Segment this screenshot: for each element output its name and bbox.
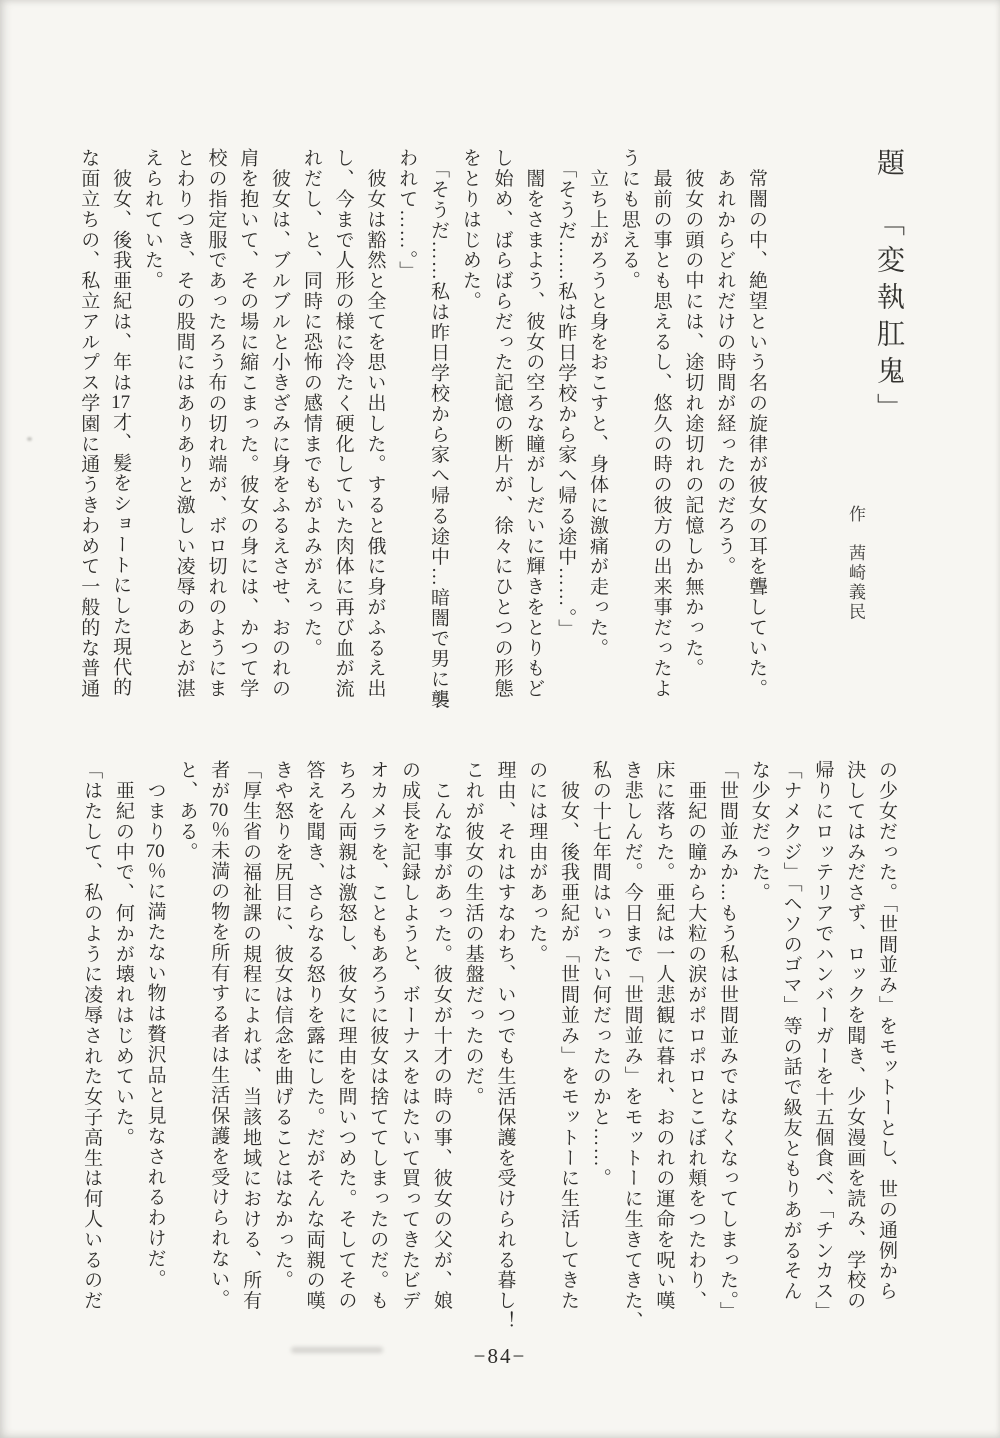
story-top-block: 常闇の中、絶望という名の旋律が彼女の耳を聾していた。 あれからどれだけの時間が経… (72, 148, 772, 726)
text-column: 「厚生省の福祉課の規程によれば、当該地域における、所有 (234, 760, 266, 1338)
text-segment: ％に満たない物は贅沢品と見なされるわけだ。 (145, 861, 166, 1289)
text-column: 最前の事とも思えるし、悠久の時の彼方の出来事だったよ (645, 148, 677, 726)
text-segment: ％未満の物を所有する者は生活保護を受けられない。 (208, 820, 229, 1310)
text-column: つまり70％に満たない物は贅沢品と見なされるわけだ。 (139, 760, 171, 1338)
scan-speck (27, 437, 32, 441)
text-column: これが彼女の生活の基盤だったのだ。 (457, 760, 489, 1338)
text-column: の少女だった。「世間並み」をモットーとし、世の通例から (870, 760, 902, 1338)
text-column: のには理由があった。 (520, 760, 552, 1338)
text-column: 彼女は豁然と全てを思い出した。すると俄に身がふるえ出 (359, 148, 391, 726)
text-column: きや怒りを尻目に、彼女は信念を曲げることはなかった。 (266, 760, 298, 1338)
text-column: われて……。」 (390, 148, 422, 726)
text-column: な面立ちの、私立アルプス学園に通うきわめて一般的な普通 (72, 148, 104, 726)
text-column: 「ナメクジ」「ヘソのゴマ」等の話で級友ともりあがるそん (775, 760, 807, 1338)
text-column: ちろん両親は激怒し、彼女に理由を問いつめた。そしてその (330, 760, 362, 1338)
text-column: 私の十七年間はいったい何だったのかと……。 (584, 760, 616, 1338)
text-column: こんな事があった。彼女が十才の時の事、彼女の父が、娘 (425, 760, 457, 1338)
text-column: 肩を抱いて、その場に縮こまった。彼女の身には、かつて学 (231, 148, 263, 726)
text-segment: 者が (208, 760, 229, 801)
text-segment: つまり (145, 760, 166, 842)
text-column: 「そうだ……私は昨日学校から家へ帰る途中…暗闇で男に襲 (422, 148, 454, 726)
text-column: えられていた。 (136, 148, 168, 726)
text-column: 「はたして、私のように凌辱された女子高生は何人いるのだ (75, 760, 107, 1338)
text-column: 彼女、後我亜紀は、年は17才、髪をショートにした現代的 (104, 148, 136, 726)
text-column: の成長を記録しようと、ボーナスをはたいて買ってきたビデ (393, 760, 425, 1338)
tatechuyoko-number: 70 (145, 842, 166, 861)
text-column: 立ち上がろうと身をおこすと、身体に激痛が走った。 (581, 148, 613, 726)
page-title: 題 「変執肛鬼」 (868, 148, 908, 628)
tatechuyoko-number: 17 (110, 393, 131, 412)
text-column: をとりはじめた。 (454, 148, 486, 726)
text-column: れだし、と、同時に恐怖の感情までもがよみがえった。 (295, 148, 327, 726)
text-column: 「そうだ……私は昨日学校から家へ帰る途中……。」 (549, 148, 581, 726)
text-column: と、ある。 (171, 760, 203, 1338)
text-segment: 才、髪をショートにした現代的 (110, 412, 131, 698)
page-number: −84− (0, 1344, 1000, 1369)
text-column: 帰りにロッテリアでハンバーガーを十五個食べ、「チンカス」 (807, 760, 839, 1338)
text-column: し始め、ばらばらだった記憶の断片が、徐々にひとつの形態 (486, 148, 518, 726)
print-artifact (291, 1347, 383, 1353)
text-column: 理由、それはすなわち、いつでも生活保護を受けられる暮し！ (489, 760, 521, 1338)
text-column: 常闇の中、絶望という名の旋律が彼女の耳を聾していた。 (740, 148, 772, 726)
text-column: 闇をさまよう、彼女の空ろな瞳がしだいに輝きをとりもど (518, 148, 550, 726)
text-column: 者が70％未満の物を所有する者は生活保護を受けられない。 (202, 760, 234, 1338)
text-column: オカメラを、こともあろうに彼女は捨ててしまったのだ。も (361, 760, 393, 1338)
text-column: し、今まで人形の様に冷たく硬化していた肉体に再び血が流 (327, 148, 359, 726)
text-column: 亜紀の中で、何かが壊れはじめていた。 (107, 760, 139, 1338)
text-column: とわりつき、その股間にはありありと激しい凌辱のあとが湛 (168, 148, 200, 726)
text-column: 「世間並みか…もう私は世間並みではなくなってしまった。」 (711, 760, 743, 1338)
tatechuyoko-number: 70 (208, 801, 229, 820)
text-column: あれからどれだけの時間が経ったのだろう。 (708, 148, 740, 726)
scanned-document-page: 題 「変執肛鬼」 作 茜崎義民 常闇の中、絶望という名の旋律が彼女の耳を聾してい… (0, 0, 1000, 1438)
text-column: な少女だった。 (743, 760, 775, 1338)
text-column: 彼女の頭の中には、途切れ途切れの記憶しか無かった。 (677, 148, 709, 726)
text-column: うにも思える。 (613, 148, 645, 726)
text-column: 彼女、後我亜紀が「世間並み」をモットーに生活してきた (552, 760, 584, 1338)
text-column: 彼女は、ブルブルと小きざみに身をふるえさせ、おのれの (263, 148, 295, 726)
story-bottom-block: の少女だった。「世間並み」をモットーとし、世の通例から 決してはみださず、ロック… (75, 760, 902, 1338)
text-column: 校の指定服であったろう布の切れ端が、ボロ切れのようにま (200, 148, 232, 726)
text-segment: 彼女、後我亜紀は、年は (110, 148, 131, 393)
text-column: 答えを聞き、さらなる怒りを露にした。だがそんな両親の嘆 (298, 760, 330, 1338)
author-credit: 作 茜崎義民 (843, 505, 868, 765)
text-column: 決してはみださず、ロックを聞き、少女漫画を読み、学校の (838, 760, 870, 1338)
text-column: 亜紀の瞳から大粒の涙がポロポロとこぼれ頬をつたわり、 (679, 760, 711, 1338)
text-column: き悲しんだ。今日まで「世間並み」をモットーに生きてきた、 (616, 760, 648, 1338)
text-column: 床に落ちた。亜紀は一人悲観に暮れ、おのれの運命を呪い嘆 (648, 760, 680, 1338)
